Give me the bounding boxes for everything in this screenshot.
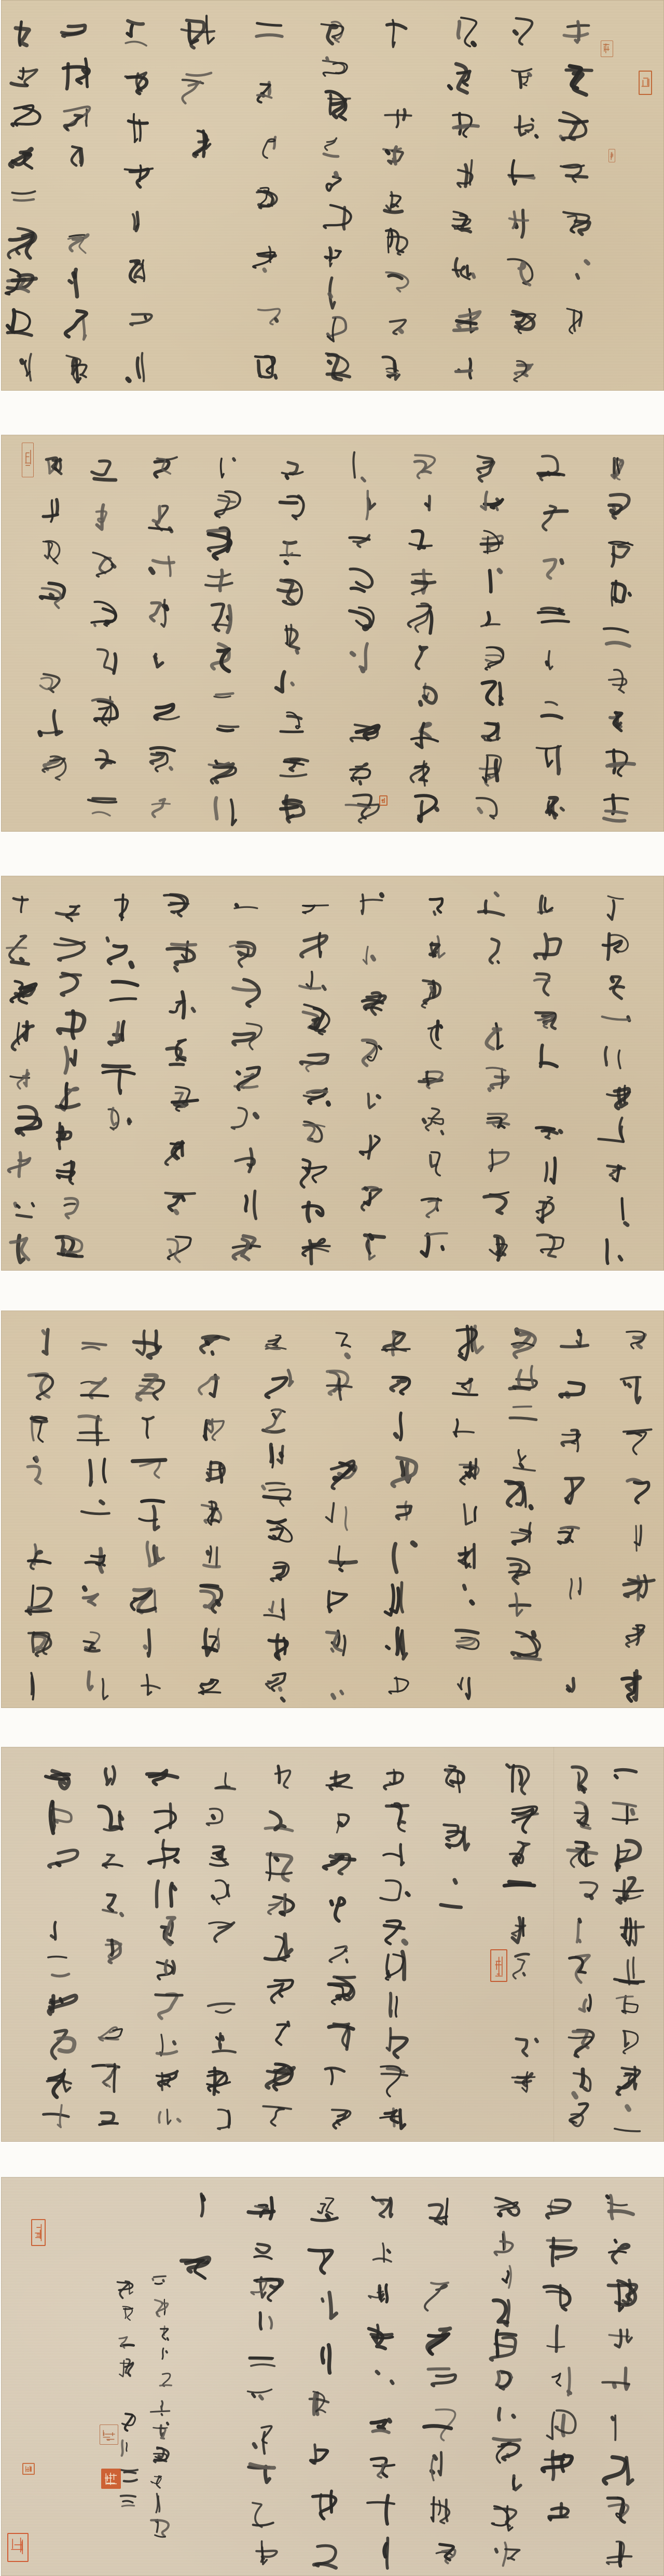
calligraphy-character: 序 — [603, 666, 632, 695]
calligraphy-character: 以 — [404, 713, 443, 752]
calligraphy-character: 的 — [414, 1230, 450, 1266]
calligraphy-character: 育 — [485, 2327, 524, 2366]
character-text: 融 — [147, 745, 177, 776]
character-text: 新 — [475, 1016, 513, 1054]
calligraphy-character: 寬 — [322, 1451, 361, 1491]
character-text: 一 — [147, 1798, 186, 1836]
calligraphy-character: 重 — [323, 2060, 355, 2092]
panel-gap — [0, 1271, 664, 1311]
calligraphy-character: 做 — [489, 2365, 520, 2397]
character-text: 放 — [612, 2065, 644, 2098]
calligraphy-character: 篆 — [205, 1874, 242, 1911]
character-text: 遒 — [564, 1799, 600, 1835]
character-text: 發 — [316, 88, 355, 126]
character-text: 教 — [487, 2294, 523, 2331]
calligraphy-character: 顏 — [90, 744, 122, 776]
character-text: 紀 — [152, 2322, 173, 2343]
calligraphy-character: 熟 — [23, 1412, 55, 1444]
calligraphy-character: 書 — [450, 208, 481, 240]
calligraphy-character: 海 — [53, 967, 86, 1000]
character-text: 家 — [382, 100, 414, 132]
character-text: 碑 — [134, 1670, 164, 1701]
calligraphy-character: 出 — [317, 200, 354, 237]
calligraphy-character: 貢 — [317, 350, 353, 385]
calligraphy-character: 用 — [146, 2062, 183, 2100]
character-text: 黃 — [36, 664, 71, 698]
character-text: 精 — [197, 1670, 228, 1701]
character-text: 法 — [117, 63, 150, 97]
character-text: 碑 — [196, 1412, 228, 1445]
calligraphy-character: 為 — [278, 708, 309, 739]
character-text: 晚 — [479, 1187, 517, 1224]
calligraphy-character: 沙 — [5, 12, 45, 52]
character-text: 學 — [323, 2102, 357, 2136]
character-text: 出 — [317, 200, 354, 237]
calligraphy-character: 寫 — [483, 1063, 514, 1094]
seal-stamp-icon — [7, 2533, 29, 2562]
calligraphy-character: 生 — [562, 305, 593, 336]
character-text: 匯 — [57, 55, 96, 94]
character-text: 沙 — [5, 12, 45, 52]
character-text: 來 — [504, 208, 537, 241]
character-text: 家 — [600, 2364, 634, 2398]
calligraphy-character: 子 — [299, 1079, 334, 1114]
calligraphy-character: 學 — [6, 1017, 43, 1054]
calligraphy-character: 遒 — [564, 1799, 600, 1835]
character-text: 二 — [296, 1001, 336, 1041]
calligraphy-character: 學 — [323, 2102, 357, 2136]
character-text: 展 — [319, 129, 349, 159]
calligraphy-character: 法 — [253, 185, 283, 215]
character-text: 為 — [345, 755, 378, 787]
calligraphy-character: 二 — [533, 1194, 564, 1225]
calligraphy-character: 元 — [355, 1229, 393, 1267]
calligraphy-character: 王 — [50, 1118, 82, 1150]
calligraphy-character: 黃 — [357, 990, 388, 1020]
calligraphy-character: 書 — [601, 2191, 638, 2228]
character-text: 澤 — [117, 2461, 142, 2486]
calligraphy-character: 點 — [195, 1581, 232, 1618]
calligraphy-character: 帖 — [148, 451, 180, 483]
calligraphy-character: 書 — [410, 452, 439, 481]
calligraphy-character: 寫 — [530, 927, 567, 964]
character-text: 印 — [43, 1836, 81, 1874]
character-text: 育 — [380, 269, 411, 299]
character-text: 淳 — [607, 1835, 647, 1875]
character-text: 沙 — [154, 2371, 175, 2392]
character-text: 要 — [531, 791, 567, 827]
character-text: 人 — [321, 2014, 360, 2054]
character-text: 刻 — [276, 451, 308, 483]
character-text: 刻 — [206, 1915, 236, 1945]
character-text: 通 — [61, 143, 90, 173]
character-text: 古 — [363, 2321, 397, 2355]
character-text: 貢 — [488, 2534, 526, 2572]
character-text: 格 — [418, 1105, 448, 1135]
character-text: 書 — [63, 227, 93, 257]
panel-gap — [0, 832, 664, 876]
text-columns: 為篆書豐穀序鄭文公碑張猛龍碑為主要以楷書為主以楷尤精妙書以行沙孟海行以楷書為主持… — [1, 435, 664, 832]
character-text: 法 — [416, 1019, 449, 1052]
calligraphy-character: 用 — [448, 1581, 485, 1618]
character-text: 的 — [6, 1101, 45, 1140]
calligraphy-panel-2: 為篆書豐穀序鄭文公碑張猛龍碑為主要以楷書為主以楷尤精妙書以行沙孟海行以楷書為主持… — [1, 435, 664, 832]
calligraphy-character: 法 — [327, 1807, 356, 1836]
seal-stamp-icon — [379, 795, 388, 806]
character-text: 書 — [321, 1762, 354, 1796]
seal-script-icon — [492, 1951, 505, 1980]
calligraphy-character: 年 — [531, 1229, 569, 1267]
calligraphy-character: 者 — [258, 2099, 298, 2139]
calligraphy-character: 刻 — [276, 451, 308, 483]
calligraphy-character: 氣 — [75, 1495, 114, 1534]
character-text: 行 — [354, 891, 389, 926]
calligraphy-character: 邊 — [210, 717, 242, 749]
calligraphy-character: 究 — [204, 2065, 235, 2097]
character-text: 碩 — [598, 1078, 635, 1115]
calligraphy-character: 年 — [597, 1191, 635, 1229]
calligraphy-character: 育 — [603, 2322, 635, 2354]
calligraphy-character: 原 — [504, 158, 539, 194]
calligraphy-character: 為 — [202, 524, 240, 562]
calligraphy-character: 其 — [327, 1933, 358, 1964]
character-text: 學 — [47, 1040, 86, 1079]
calligraphy-character: 匯 — [57, 55, 96, 94]
character-text: 為 — [262, 1594, 292, 1624]
calligraphy-character: 詞 — [206, 1989, 240, 2022]
character-text: 側 — [449, 1495, 487, 1533]
character-text: 大 — [489, 2503, 520, 2534]
character-text: 序 — [603, 666, 632, 695]
calligraphy-character: 行 — [556, 1570, 591, 1605]
calligraphy-character: 學 — [259, 2057, 299, 2096]
character-text: 鍾 — [89, 549, 119, 580]
calligraphy-character: 沙 — [555, 109, 592, 147]
calligraphy-character: 海 — [148, 2418, 173, 2443]
calligraphy-character: 書 — [476, 528, 506, 558]
calligraphy-character: 古 — [363, 2321, 397, 2355]
calligraphy-character: 孟 — [556, 1373, 593, 1410]
calligraphy-character: 碑 — [4, 224, 41, 260]
calligraphy-character: 孟 — [508, 65, 539, 96]
character-text: 其 — [415, 933, 450, 968]
calligraphy-character: 而 — [539, 2277, 577, 2314]
character-text: 之 — [381, 1410, 418, 1447]
calligraphy-character: 富 — [504, 1837, 539, 1872]
calligraphy-character: 張 — [534, 498, 570, 534]
calligraphy-character: 書 — [604, 537, 635, 568]
calligraphy-character: 動 — [568, 1990, 599, 2021]
calligraphy-character: 以 — [472, 448, 509, 486]
calligraphy-character: 中 — [452, 1455, 485, 1487]
character-text: 為 — [150, 1913, 184, 1947]
character-text: 年 — [296, 1041, 332, 1077]
character-text: 篆 — [476, 889, 514, 927]
character-text: 在 — [43, 1987, 81, 2025]
character-text: 取 — [131, 1539, 168, 1575]
character-text: 古 — [323, 1627, 355, 1659]
character-text: 詞 — [206, 1989, 240, 2022]
character-text: 就 — [503, 253, 541, 291]
calligraphy-character: 海 — [407, 642, 437, 672]
character-text: 年 — [117, 2358, 138, 2378]
calligraphy-character: 清 — [608, 1949, 646, 1987]
calligraphy-character: 書 — [367, 2192, 402, 2227]
calligraphy-character: 人 — [560, 2101, 597, 2138]
character-text: 獻 — [423, 2192, 459, 2227]
calligraphy-character: 幟 — [105, 1106, 135, 1136]
calligraphy-character: 氣 — [564, 2062, 603, 2101]
calligraphy-character: 作 — [558, 1472, 591, 1506]
calligraphy-character: 渾 — [78, 1581, 115, 1618]
character-text: 如 — [593, 1115, 633, 1154]
character-text: 碑 — [116, 205, 153, 243]
character-text: 勢 — [161, 1134, 193, 1167]
calligraphy-character: 之 — [530, 968, 561, 999]
character-text: 沙 — [555, 109, 592, 147]
calligraphy-character: 海 — [96, 1848, 128, 1880]
character-text: 書 — [252, 128, 284, 160]
character-text: 二 — [90, 646, 123, 679]
calligraphy-character: 草 — [257, 1440, 291, 1474]
calligraphy-character: 真 — [86, 792, 119, 826]
calligraphy-character: 繇 — [88, 598, 118, 628]
character-text: 闊 — [262, 1804, 296, 1838]
calligraphy-character: 合 — [195, 1541, 227, 1573]
character-text: 二 — [50, 1079, 85, 1114]
character-text: 衡 — [24, 1368, 59, 1403]
character-text: 史 — [206, 1839, 236, 1869]
character-text: 草 — [257, 1440, 291, 1474]
character-text: 猛 — [536, 549, 568, 581]
character-text: 書 — [309, 2193, 342, 2226]
character-text: 入 — [501, 1477, 538, 1513]
calligraphy-character: 黃 — [35, 493, 68, 526]
calligraphy-character: 印 — [94, 1890, 127, 1923]
calligraphy-character: 雄 — [24, 1542, 54, 1572]
calligraphy-character: 年 — [618, 1568, 657, 1607]
calligraphy-character: 為 — [544, 2406, 581, 2443]
character-text: 前 — [246, 2421, 280, 2456]
calligraphy-character: 方 — [501, 1400, 539, 1438]
character-text: 融 — [59, 15, 94, 50]
calligraphy-character: 的 — [294, 1154, 329, 1190]
character-text: 孟 — [559, 160, 591, 192]
character-text: 學 — [378, 2103, 410, 2135]
character-text: 之 — [265, 2016, 301, 2052]
character-text: 尤 — [476, 717, 508, 749]
text-columns: 書法淳雅而清新奔放風貌遒勁精美生動大氣人和諧富有一代之風格寫照作為當代書壇精熟湛… — [1, 1747, 664, 2142]
calligraphy-character: 印 — [43, 1836, 81, 1874]
calligraphy-character: 入 — [477, 1144, 515, 1182]
character-text: 求 — [6, 976, 40, 1010]
calligraphy-character: 辰 — [149, 2470, 170, 2490]
character-text: 法 — [603, 2235, 638, 2269]
calligraphy-character: 式 — [46, 1915, 76, 1945]
calligraphy-character: 晚 — [479, 1187, 517, 1224]
character-text: 龍 — [533, 594, 573, 633]
character-text: 刻 — [428, 2538, 458, 2568]
character-text: 值 — [247, 2346, 279, 2378]
character-text: 公 — [599, 790, 636, 828]
character-text: 格 — [78, 1370, 110, 1402]
calligraphy-character: 學 — [378, 2103, 410, 2135]
character-text: 特 — [178, 69, 216, 107]
character-text: 擅 — [20, 1666, 58, 1704]
character-text: 和 — [618, 1326, 652, 1360]
character-text: 衡 — [20, 1453, 57, 1490]
calligraphy-character: 刻 — [428, 2538, 458, 2568]
character-text: 渾 — [161, 1036, 197, 1072]
character-text: 主 — [474, 602, 508, 636]
calligraphy-character: 寓 — [380, 1580, 419, 1619]
calligraphy-character: 了 — [322, 241, 353, 271]
character-text: 做 — [315, 163, 351, 200]
character-text: 字 — [362, 2404, 402, 2444]
calligraphy-character: 篆 — [365, 2494, 398, 2527]
character-text: 篆 — [296, 928, 331, 963]
calligraphy-character: 的 — [62, 351, 96, 385]
character-text: 書 — [492, 2228, 522, 2259]
character-text: 書 — [410, 452, 439, 481]
calligraphy-character: 渾 — [449, 1626, 482, 1659]
calligraphy-character: 沙 — [558, 1326, 592, 1359]
character-text: 生 — [247, 2305, 285, 2343]
character-text: 開 — [227, 1102, 264, 1139]
calligraphy-character: 以 — [211, 452, 241, 482]
calligraphy-character: 孟 — [559, 160, 591, 192]
character-text: 行 — [340, 638, 378, 676]
character-text: 中 — [531, 1041, 568, 1078]
character-text: 楷 — [474, 677, 509, 712]
character-text: 的 — [414, 1230, 450, 1266]
character-text: 孟 — [6, 58, 40, 91]
character-text: 學 — [601, 2536, 635, 2570]
character-text: 碑 — [535, 451, 568, 484]
character-text: 篆 — [95, 2103, 127, 2134]
calligraphy-character: 出 — [485, 2398, 520, 2433]
calligraphy-character: 南 — [302, 2289, 339, 2325]
character-text: 永 — [245, 2498, 278, 2531]
character-text: 原 — [504, 158, 539, 194]
character-text: 書 — [118, 2490, 139, 2511]
calligraphy-character: 研 — [208, 2027, 240, 2059]
character-text: 渾 — [23, 1581, 60, 1618]
calligraphy-character: 孟 — [149, 2394, 172, 2417]
calligraphy-character: 沙 — [54, 892, 86, 924]
character-text: 渾 — [321, 1368, 356, 1403]
calligraphy-character: 念 — [149, 2345, 172, 2368]
calligraphy-character: 周 — [114, 2329, 140, 2354]
character-text: 敬 — [558, 61, 597, 100]
character-text: 美 — [565, 1914, 597, 1946]
calligraphy-character: 育 — [321, 1890, 354, 1923]
calligraphy-character: 化 — [381, 1497, 415, 1531]
character-text: 主 — [202, 638, 241, 677]
character-text: 學 — [259, 2057, 299, 2096]
calligraphy-character: 孟 — [94, 1802, 132, 1841]
character-text: 代 — [444, 13, 482, 51]
character-text: 之 — [160, 891, 195, 926]
character-text: 派 — [146, 646, 178, 679]
calligraphy-character: 合 — [619, 1471, 655, 1508]
character-text: 作 — [379, 1764, 409, 1794]
character-text: 海 — [509, 112, 542, 144]
character-text: 經 — [120, 112, 152, 144]
character-text: 寫 — [483, 1063, 514, 1094]
character-text: 劃 — [131, 1496, 168, 1532]
calligraphy-character: 史 — [366, 2280, 397, 2311]
calligraphy-character: 篆 — [424, 2495, 455, 2526]
calligraphy-character: 倪 — [358, 1184, 388, 1214]
calligraphy-character: 上 — [260, 1974, 296, 2009]
character-text: 行 — [556, 1570, 591, 1605]
calligraphy-character: 碑 — [196, 1412, 228, 1445]
calligraphy-character: 鍾 — [89, 549, 119, 580]
calligraphy-character: 堅 — [34, 578, 68, 612]
calligraphy-character: 獨 — [101, 974, 140, 1012]
character-text: 碑 — [506, 1363, 541, 1398]
character-text: 一 — [99, 1059, 137, 1097]
calligraphy-character: 貌 — [568, 1764, 600, 1795]
calligraphy-character: 永 — [245, 2498, 278, 2531]
calligraphy-character: 為 — [605, 451, 635, 482]
seal-script-icon — [602, 42, 612, 56]
character-text: 文 — [369, 2366, 400, 2396]
calligraphy-character: 主 — [202, 638, 241, 677]
character-text: 是 — [507, 303, 541, 337]
calligraphy-character: 謹 — [544, 2235, 578, 2269]
calligraphy-character: 博 — [160, 1231, 193, 1264]
character-text: 取 — [87, 450, 121, 485]
calligraphy-character: 海 — [558, 207, 592, 241]
character-text: 書 — [412, 974, 449, 1011]
character-text: 法 — [364, 2236, 396, 2268]
calligraphy-character: 王 — [55, 1195, 85, 1225]
character-text: 法 — [422, 2450, 457, 2485]
character-text: 鍛 — [39, 1798, 77, 1836]
calligraphy-character: 庭 — [36, 538, 65, 567]
calligraphy-character: 先 — [557, 253, 596, 292]
calligraphy-character: 精 — [471, 752, 509, 790]
character-text: 海 — [96, 1848, 128, 1880]
calligraphy-character: 與 — [144, 546, 181, 583]
calligraphy-character: 風 — [416, 1063, 447, 1094]
calligraphy-character: 重 — [99, 931, 137, 969]
character-text: 斗 — [446, 111, 480, 145]
calligraphy-character: 為 — [379, 1800, 413, 1834]
character-text: 而 — [612, 1913, 646, 1948]
calligraphy-character: 精 — [197, 1670, 228, 1701]
character-text: 學 — [6, 1017, 43, 1054]
calligraphy-character: 結 — [121, 303, 155, 337]
calligraphy-character: 碑 — [50, 1002, 89, 1041]
calligraphy-character: 龍 — [533, 594, 573, 633]
character-text: 一 — [249, 72, 282, 104]
calligraphy-character: 互 — [146, 693, 182, 729]
calligraphy-character: 大 — [232, 1063, 262, 1093]
character-text: 學 — [242, 2457, 282, 2497]
calligraphy-character: 卿 — [39, 452, 69, 481]
character-text: 茫 — [384, 1370, 417, 1402]
calligraphy-character: 法 — [422, 2450, 457, 2485]
character-text: 年 — [618, 1568, 657, 1607]
calligraphy-character: 史 — [206, 1839, 236, 1869]
calligraphy-character: 育 — [380, 269, 411, 299]
character-text: 草 — [343, 713, 383, 753]
calligraphy-character: 楷 — [406, 753, 441, 789]
calligraphy-character: 二 — [114, 2277, 137, 2300]
